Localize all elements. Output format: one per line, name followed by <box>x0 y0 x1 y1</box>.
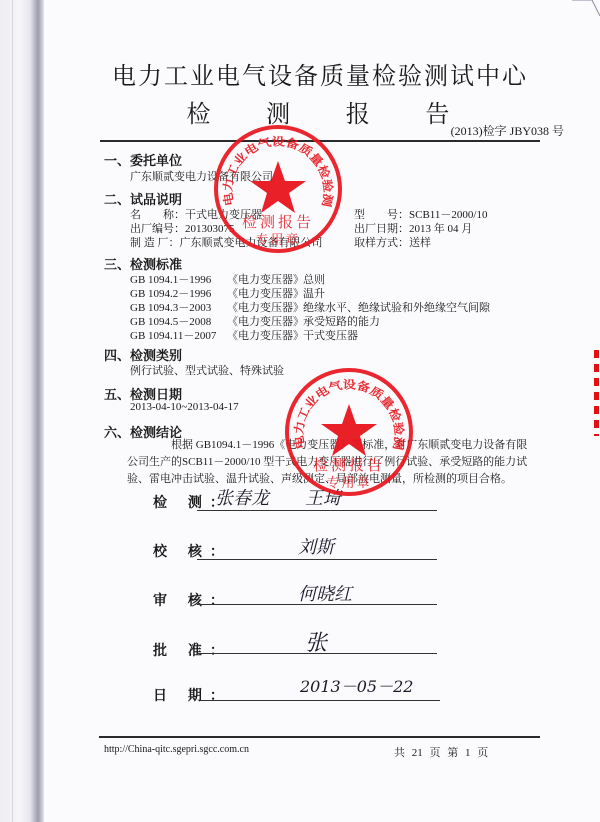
checked-signature-line <box>197 559 437 560</box>
signed-date: 2013－05－22 <box>300 674 413 697</box>
reviewed-signature: 何晓红 <box>298 580 352 606</box>
date-signature-line <box>200 700 440 701</box>
sample-manufacturer-field: 制 造 厂：广东顺贰变电力设备有限公司 <box>130 234 323 250</box>
checked-signature: 刘斯 <box>298 533 334 559</box>
approved-label: 批 准： <box>153 640 232 660</box>
approved-signature-line <box>197 653 437 654</box>
sample-manufacturer-value: 广东顺贰变电力设备有限公司 <box>180 237 323 249</box>
conclusion-text: 根据 GB1094.1－1996《电力变压器》等标准，对广东顺贰变电力设备有限公… <box>127 437 537 488</box>
sample-sampling-field: 取样方式：送样 <box>354 234 431 250</box>
footer-url[interactable]: http://China-qitc.sgepri.sgcc.com.cn <box>104 744 249 755</box>
section-client-heading: 一、委托单位 <box>104 150 182 169</box>
svg-text:电力工业电气设备质量检验测试中心: 电力工业电气设备质量检验测试中心 <box>212 123 335 209</box>
standard-code: GB 1094.11－2007 <box>130 327 227 343</box>
institution-title: 电力工业电气设备质量检验测试中心 <box>0 56 600 91</box>
client-name: 广东顺贰变电力设备有限公司 <box>130 168 273 184</box>
test-category: 例行试验、型式试验、特殊试验 <box>130 362 284 378</box>
test-date-range: 2013-04-10~2013-04-17 <box>130 401 239 413</box>
tested-signature: 张春龙 王琦 <box>215 484 341 510</box>
footer-rule <box>99 736 540 738</box>
sample-sampling-value: 送样 <box>409 237 431 249</box>
reviewed-label: 审 核： <box>153 590 232 610</box>
date-label: 日 期： <box>153 685 232 705</box>
page-indicator: 共 21 页 第 1 页 <box>394 744 488 760</box>
standard-book: 《电力变压器》 <box>227 327 303 343</box>
standard-row: GB 1094.11－2007《电力变压器》干式变压器 <box>130 327 358 343</box>
reviewed-signature-line <box>197 604 437 605</box>
sample-manufacturer-label: 制 造 厂： <box>130 234 180 250</box>
checked-label: 校 核： <box>153 541 232 561</box>
header-rule <box>100 140 540 142</box>
sample-sampling-label: 取样方式： <box>354 234 409 250</box>
seam-stamp-mark <box>594 350 599 436</box>
standard-topic: 干式变压器 <box>303 330 358 342</box>
tested-signature-line <box>197 510 437 511</box>
corner-fold <box>570 0 600 30</box>
report-number: (2013)检字 JBY038 号 <box>451 122 564 139</box>
